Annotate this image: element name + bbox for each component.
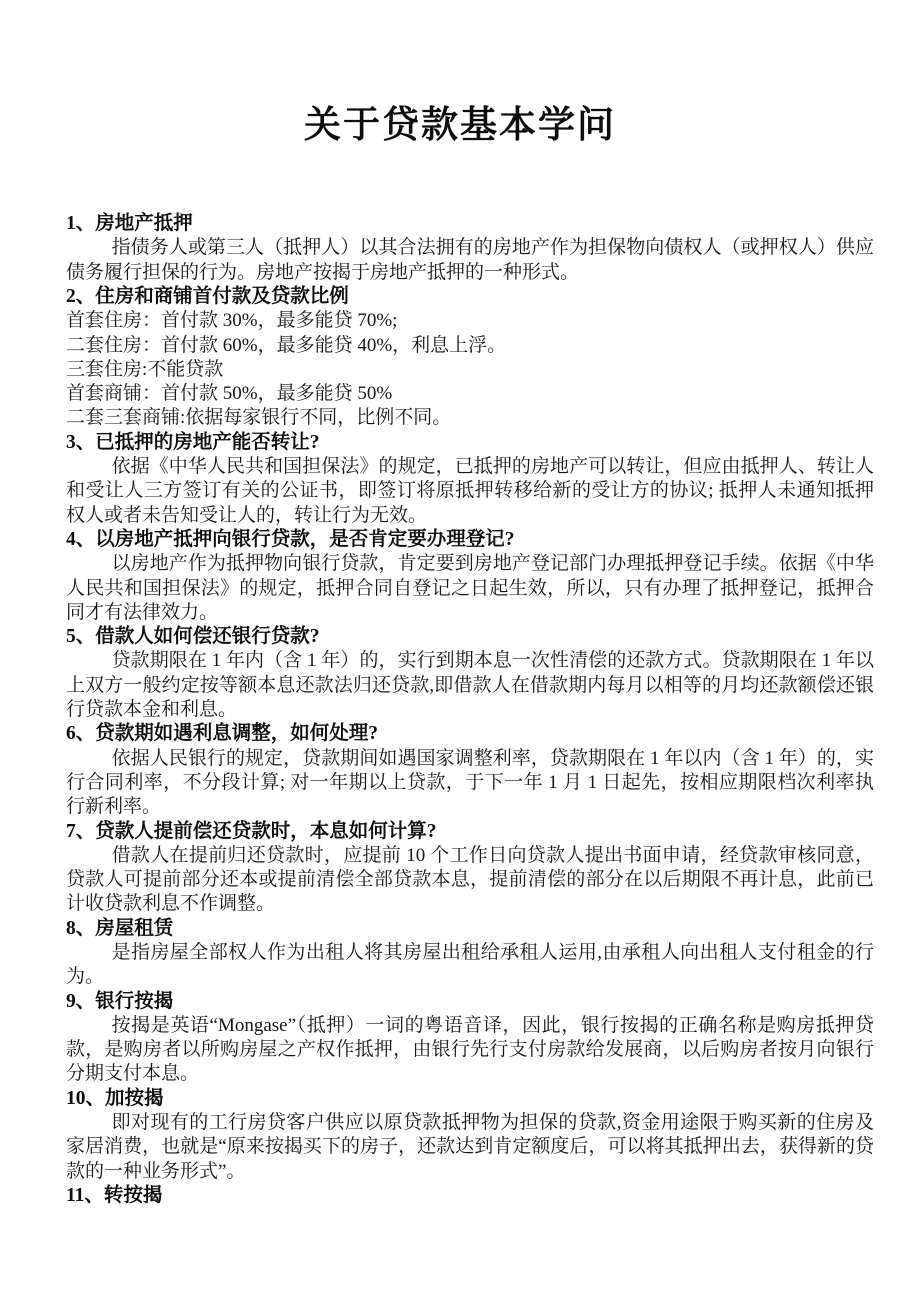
section-11-heading: 11、转按揭: [66, 1184, 874, 1208]
section-8-paragraph: 是指房屋全部权人作为出租人将其房屋出租给承租人运用,由承租人向出租人支付租金的行…: [66, 941, 874, 990]
section-10-heading: 10、加按揭: [66, 1087, 874, 1111]
section-10-paragraph: 即对现有的工行房贷客户供应以原贷款抵押物为担保的贷款,资金用途限于购买新的住房及…: [66, 1111, 874, 1184]
section-2-line-2: 二套住房：首付款 60%，最多能贷 40%，利息上浮。: [66, 334, 874, 358]
section-2-line-1: 首套住房：首付款 30%，最多能贷 70%;: [66, 309, 874, 333]
section-2-line-3: 三套住房:不能贷款: [66, 358, 874, 382]
section-5-heading: 5、借款人如何偿还银行贷款?: [66, 625, 874, 649]
section-2-line-4: 首套商铺：首付款 50%，最多能贷 50%: [66, 382, 874, 406]
section-1-heading: 1、房地产抵押: [66, 212, 874, 236]
section-7-paragraph: 借款人在提前归还贷款时，应提前 10 个工作日向贷款人提出书面申请，经贷款审核同…: [66, 844, 874, 917]
section-7-heading: 7、贷款人提前偿还贷款时，本息如何计算?: [66, 820, 874, 844]
section-3-paragraph: 依据《中华人民共和国担保法》的规定，已抵押的房地产可以转让，但应由抵押人、转让人…: [66, 455, 874, 528]
section-4-heading: 4、以房地产抵押向银行贷款，是否肯定要办理登记?: [66, 528, 874, 552]
section-8-heading: 8、房屋租赁: [66, 917, 874, 941]
section-1-paragraph: 指债务人或第三人（抵押人）以其合法拥有的房地产作为担保物向债权人（或押权人）供应…: [66, 236, 874, 285]
section-5-paragraph: 贷款期限在 1 年内（含 1 年）的，实行到期本息一次性清偿的还款方式。贷款期限…: [66, 649, 874, 722]
document-body: 1、房地产抵押 指债务人或第三人（抵押人）以其合法拥有的房地产作为担保物向债权人…: [66, 212, 874, 1208]
section-6-paragraph: 依据人民银行的规定，贷款期间如遇国家调整利率，贷款期限在 1 年以内（含 1 年…: [66, 747, 874, 820]
document-title: 关于贷款基本学问: [0, 0, 920, 150]
document-page: 关于贷款基本学问 1、房地产抵押 指债务人或第三人（抵押人）以其合法拥有的房地产…: [0, 0, 920, 1302]
section-9-paragraph: 按揭是英语“Mongase”（抵押）一词的粤语音译，因此，银行按揭的正确名称是购…: [66, 1014, 874, 1087]
section-2-heading: 2、住房和商铺首付款及贷款比例: [66, 285, 874, 309]
section-3-heading: 3、已抵押的房地产能否转让?: [66, 431, 874, 455]
section-4-paragraph: 以房地产作为抵押物向银行贷款，肯定要到房地产登记部门办理抵押登记手续。依据《中华…: [66, 552, 874, 625]
section-2-line-5: 二套三套商铺:依据每家银行不同，比例不同。: [66, 406, 874, 430]
section-9-heading: 9、银行按揭: [66, 990, 874, 1014]
section-6-heading: 6、贷款期如遇利息调整，如何处理?: [66, 722, 874, 746]
